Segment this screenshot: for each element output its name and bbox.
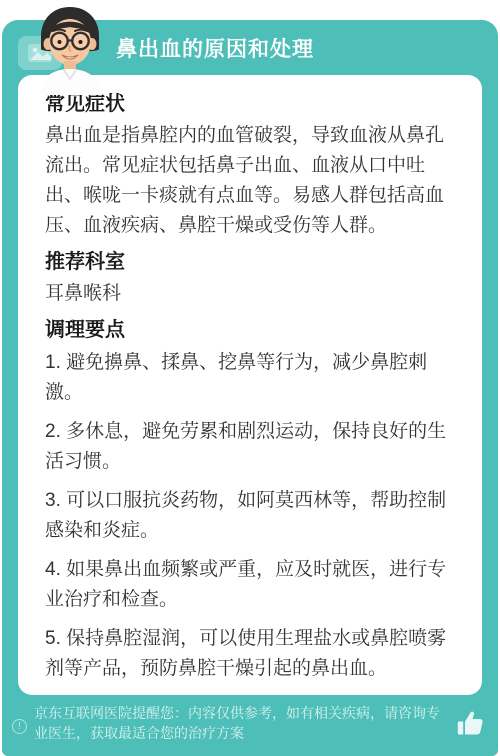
list-item: 3. 可以口服抗炎药物，如阿莫西林等，帮助控制感染和炎症。: [45, 486, 455, 546]
section-paragraph: 鼻出血是指鼻腔内的血管破裂，导致血液从鼻孔流出。常见症状包括鼻子出血、血液从口中…: [45, 121, 455, 241]
section-recommended-department: 推荐科室 耳鼻喉科: [45, 249, 455, 309]
section-paragraph: 耳鼻喉科: [45, 279, 455, 309]
section-care-points: 调理要点 1. 避免擤鼻、揉鼻、挖鼻等行为，减少鼻腔刺激。 2. 多休息，避免劳…: [45, 317, 455, 684]
section-heading: 推荐科室: [45, 249, 455, 276]
content-card: 常见症状 鼻出血是指鼻腔内的血管破裂，导致血液从鼻孔流出。常见症状包括鼻子出血、…: [18, 75, 482, 695]
section-common-symptoms: 常见症状 鼻出血是指鼻腔内的血管破裂，导致血液从鼻孔流出。常见症状包括鼻子出血、…: [45, 91, 455, 241]
info-circle-icon: !: [12, 719, 27, 734]
list-item: 2. 多休息，避免劳累和剧烈运动，保持良好的生活习惯。: [45, 417, 455, 477]
list-item: 1. 避免擤鼻、揉鼻、挖鼻等行为，减少鼻腔刺激。: [45, 348, 455, 408]
page-title: 鼻出血的原因和处理: [116, 33, 314, 63]
health-info-card-page: 鼻出血的原因和处理 常见症状 鼻出血是指鼻腔内的血管破裂，导致血液从鼻孔流出。常…: [0, 0, 500, 756]
doctor-avatar: [28, 3, 112, 95]
card-footer: ! 京东互联网医院提醒您：内容仅供参考，如有相关疾病，请咨询专业医生，获取最适合…: [2, 695, 498, 756]
thumbs-up-icon[interactable]: [454, 708, 486, 740]
list-item: 4. 如果鼻出血频繁或严重，应及时就医，进行专业治疗和检查。: [45, 555, 455, 615]
section-heading: 调理要点: [45, 317, 455, 344]
card-background: 鼻出血的原因和处理 常见症状 鼻出血是指鼻腔内的血管破裂，导致血液从鼻孔流出。常…: [2, 20, 498, 756]
disclaimer-text: 京东互联网医院提醒您：内容仅供参考，如有相关疾病，请咨询专业医生，获取最适合您的…: [34, 703, 447, 743]
section-heading: 常见症状: [45, 91, 455, 118]
list-item: 5. 保持鼻腔湿润，可以使用生理盐水或鼻腔喷雾剂等产品，预防鼻腔干燥引起的鼻出血…: [45, 624, 455, 684]
card-header: 鼻出血的原因和处理: [2, 20, 498, 75]
